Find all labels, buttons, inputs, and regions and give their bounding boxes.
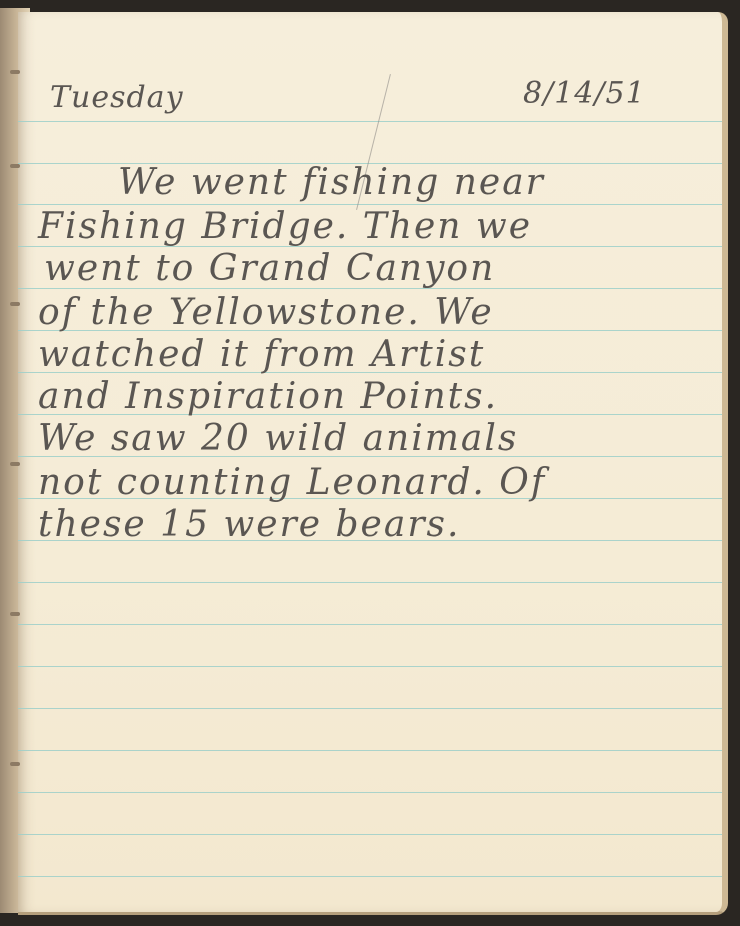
entry-date: 8/14/51 <box>523 76 646 111</box>
text-line-4: of the Yellowstone. We <box>38 292 494 333</box>
ruled-line <box>18 666 722 667</box>
text-line-5: watched it from Artist <box>38 334 485 375</box>
binding-notch <box>10 762 20 766</box>
ruled-line <box>18 624 722 625</box>
ruled-line <box>18 876 722 877</box>
notebook-page: Tuesday 8/14/51 We went fishing near Fis… <box>18 12 728 915</box>
text-line-9: these 15 were bears. <box>38 504 460 545</box>
text-line-1: We went fishing near <box>118 162 545 203</box>
ruled-line <box>18 792 722 793</box>
text-line-3: went to Grand Canyon <box>44 248 495 289</box>
ruled-line <box>18 121 722 122</box>
ruled-line <box>18 708 722 709</box>
entry-day: Tuesday <box>50 80 184 115</box>
ruled-line <box>18 582 722 583</box>
text-line-8: not counting Leonard. Of <box>38 462 546 503</box>
text-line-7: We saw 20 wild animals <box>38 418 518 459</box>
binding-notch <box>10 164 20 168</box>
ruled-line <box>18 204 722 205</box>
binding-notch <box>10 70 20 74</box>
ruled-line <box>18 834 722 835</box>
text-line-6: and Inspiration Points. <box>38 376 498 417</box>
text-line-2: Fishing Bridge. Then we <box>38 206 532 247</box>
ruled-line <box>18 750 722 751</box>
binding-notch <box>10 612 20 616</box>
binding-notch <box>10 302 20 306</box>
binding-notch <box>10 462 20 466</box>
